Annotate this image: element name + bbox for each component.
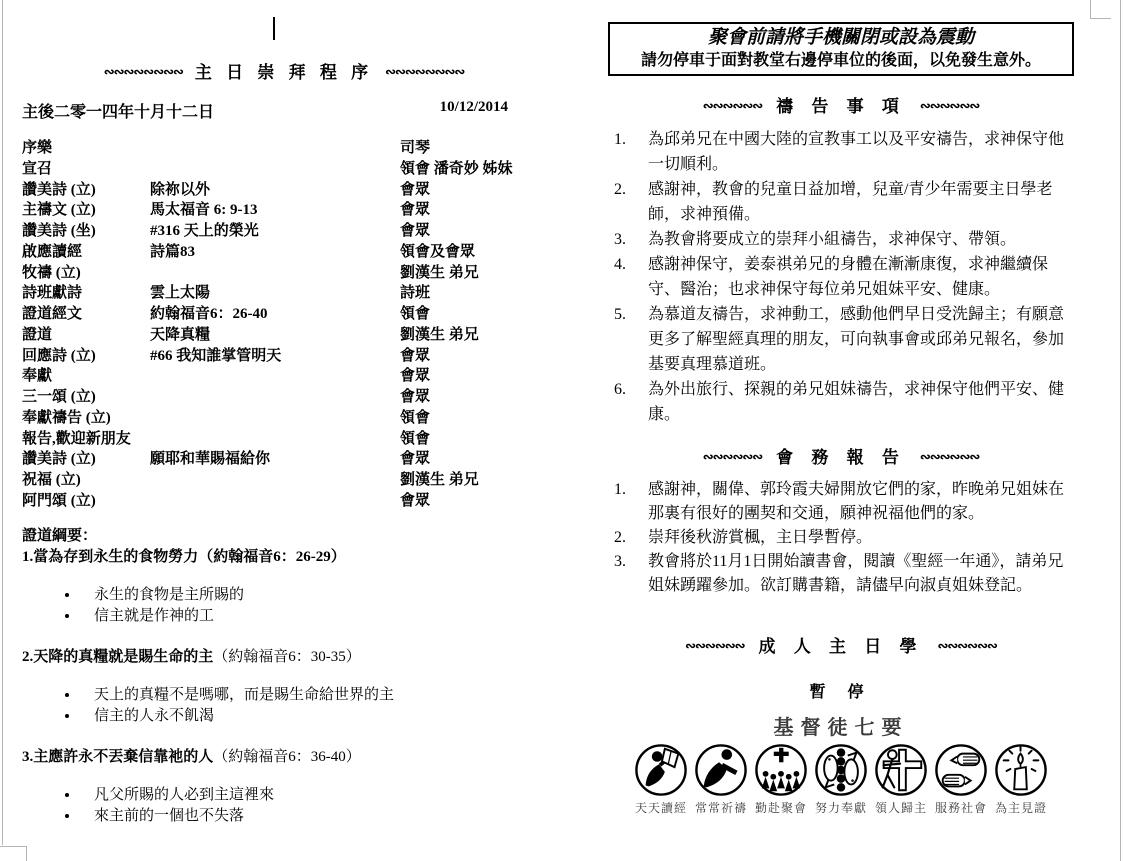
order-role: 領會	[400, 429, 546, 450]
order-role: 領會 潘奇妙 姊妹	[400, 159, 546, 180]
essential-label: 努力奉獻	[813, 799, 870, 816]
order-detail: #66 我知誰掌管明天	[150, 346, 400, 367]
essential-label: 領人歸主	[873, 799, 930, 816]
page-edge-left	[2, 0, 3, 845]
order-role: 司琴	[400, 138, 546, 159]
order-row: 阿門頌 (立)會眾	[22, 491, 546, 512]
order-detail	[150, 470, 400, 491]
scripture-ref: （約翰福音6：36-40）	[213, 749, 361, 765]
order-detail: 馬太福音 6: 9-13	[150, 200, 400, 221]
essential-label: 常常祈禱	[693, 799, 750, 816]
order-detail: #316 天上的榮光	[150, 221, 400, 242]
order-role: 會眾	[400, 366, 546, 387]
order-role: 劉漢生 弟兄	[400, 263, 546, 284]
service-icon	[934, 743, 988, 797]
order-item: 讚美詩 (坐)	[22, 221, 150, 242]
order-row: 回應詩 (立)#66 我知誰掌管明天會眾	[22, 346, 546, 367]
order-role: 會眾	[400, 221, 546, 242]
order-item: 詩班獻詩	[22, 283, 150, 304]
order-row: 奉獻會眾	[22, 366, 546, 387]
text-boundary-mark-top-right-h	[1090, 18, 1111, 19]
notice-phones: 聚會前請將手機關閉或設為震動	[614, 26, 1068, 50]
prayer-item: 為外出旅行、探親的弟兄姐妹禱告，求神保守他們平安、健康。	[608, 377, 1074, 427]
essential-item: 為主見證	[993, 743, 1050, 816]
outline-section-title: 1.當為存到永生的食物勞力（約翰福音6：26-29）	[22, 547, 546, 568]
order-role: 詩班	[400, 283, 546, 304]
adult-school-status: 暫 停	[608, 679, 1074, 702]
report-item: 教會將於11月1日開始讀書會，閱讀《聖經一年通》，請弟兄姐妹踴躍參加。欲訂購書籍…	[608, 550, 1074, 598]
order-row: 宣召領會 潘奇妙 姊妹	[22, 159, 546, 180]
essential-label: 為主見證	[993, 799, 1050, 816]
report-item: 崇拜後秋游賞楓，主日學暫停。	[608, 526, 1074, 550]
order-item: 證道	[22, 325, 150, 346]
page-edge-right	[1120, 0, 1121, 861]
notice-box: 聚會前請將手機關閉或設為震動 請勿停車于面對教堂右邊停車位的後面，以免發生意外。	[608, 22, 1074, 76]
report-items-list: 感謝神，關偉、郭玲霞夫婦開放它們的家，昨晚弟兄姐妹在那裏有很好的團契和交通，願神…	[608, 478, 1074, 598]
outline-title-text: 1.當為存到永生的食物勞力	[22, 549, 198, 565]
ornament-right: ∾∾∾∾∾∾	[920, 98, 979, 113]
order-item: 三一頌 (立)	[22, 387, 150, 408]
report-section-title: 會 務 報 告	[776, 448, 906, 467]
essential-label: 天天讀經	[633, 799, 690, 816]
reading-icon	[634, 743, 688, 797]
order-item: 回應詩 (立)	[22, 346, 150, 367]
order-row: 詩班獻詩雲上太陽詩班	[22, 283, 546, 304]
order-row: 報告,歡迎新朋友領會	[22, 429, 546, 450]
prayer-item: 感謝神，教會的兒童日益加增，兒童/青少年需要主日學老師，求神預備。	[608, 177, 1074, 227]
order-detail	[150, 429, 400, 450]
sermon-outline: 證道綱要： 1.當為存到永生的食物勞力（約翰福音6：26-29） 永生的食物是主…	[22, 526, 546, 827]
order-item: 序樂	[22, 138, 150, 159]
announcements-column: 聚會前請將手機關閉或設為震動 請勿停車于面對教堂右邊停車位的後面，以免發生意外。…	[608, 0, 1074, 816]
order-role: 劉漢生 弟兄	[400, 325, 546, 346]
outline-title-text: 2.天降的真糧就是賜生命的主	[22, 649, 213, 665]
text-boundary-mark-top-right	[1090, 0, 1091, 18]
scripture-ref: （約翰福音6：30-35）	[213, 649, 361, 665]
order-row: 讚美詩 (立)除祢以外會眾	[22, 180, 546, 201]
essential-item: 常常祈禱	[693, 743, 750, 816]
seven-essentials-icons: 天天讀經 常常祈禱	[608, 743, 1074, 816]
worship-program-column: ∾∾∾∾∾∾∾∾ 主 日 崇 拜 程 序 ∾∾∾∾∾∾∾∾ 主後二零一四年十月十…	[22, 58, 546, 847]
order-item: 主禱文 (立)	[22, 200, 150, 221]
order-role: 劉漢生 弟兄	[400, 470, 546, 491]
order-role: 會眾	[400, 491, 546, 512]
text-cursor	[273, 17, 275, 40]
outline-section-title: 3.主應許永不丟棄信靠祂的人（約翰福音6：36-40）	[22, 747, 546, 768]
essential-item: 勤赴聚會	[753, 743, 810, 816]
date-row: 主後二零一四年十月十二日 10/12/2014	[22, 99, 546, 122]
order-role: 會眾	[400, 200, 546, 221]
order-detail: 雲上太陽	[150, 283, 400, 304]
order-role: 會眾	[400, 387, 546, 408]
report-section-header: ∾∾∾∾∾∾ 會 務 報 告 ∾∾∾∾∾∾	[608, 443, 1074, 468]
order-detail: 願耶和華賜福給你	[150, 449, 400, 470]
essential-item: 領人歸主	[873, 743, 930, 816]
ornament-left: ∾∾∾∾∾∾	[685, 638, 744, 653]
order-row: 三一頌 (立)會眾	[22, 387, 546, 408]
gathering-icon	[754, 743, 808, 797]
order-row: 讚美詩 (坐)#316 天上的榮光會眾	[22, 221, 546, 242]
praying-icon	[694, 743, 748, 797]
order-detail: 除祢以外	[150, 180, 400, 201]
essential-item: 天天讀經	[633, 743, 690, 816]
order-row: 牧禱 (立)劉漢生 弟兄	[22, 263, 546, 284]
prayer-items-list: 為邱弟兄在中國大陸的宣教事工以及平安禱告，求神保守他一切順利。 感謝神，教會的兒…	[608, 127, 1074, 427]
order-item: 報告,歡迎新朋友	[22, 429, 150, 450]
seven-essentials-title: 基督徒七要	[608, 716, 1074, 740]
order-role: 領會及會眾	[400, 242, 546, 263]
order-role: 領會	[400, 408, 546, 429]
order-item: 讚美詩 (立)	[22, 449, 150, 470]
order-row: 奉獻禱告 (立)領會	[22, 408, 546, 429]
order-detail	[150, 366, 400, 387]
witness-icon	[994, 743, 1048, 797]
order-detail	[150, 159, 400, 180]
order-detail	[150, 263, 400, 284]
order-detail	[150, 491, 400, 512]
order-item: 阿門頌 (立)	[22, 491, 150, 512]
order-item: 奉獻禱告 (立)	[22, 408, 150, 429]
outline-title-text: 3.主應許永不丟棄信靠祂的人	[22, 749, 213, 765]
order-row: 序樂司琴	[22, 138, 546, 159]
essential-label: 勤赴聚會	[753, 799, 810, 816]
ornament-right: ∾∾∾∾∾∾∾∾	[385, 64, 464, 79]
outline-bullet: 信主的人永不飢渴	[80, 706, 546, 727]
order-item: 啟應讀經	[22, 242, 150, 263]
essential-item: 服務社會	[933, 743, 990, 816]
order-item: 牧禱 (立)	[22, 263, 150, 284]
outline-section-2: 2.天降的真糧就是賜生命的主（約翰福音6：30-35） 天上的真糧不是嗎哪，而是…	[22, 647, 546, 727]
outline-bullet: 凡父所賜的人必到主這裡來	[80, 785, 546, 806]
prayer-item: 為慕道友禱告，求神動工，感動他們早日受洗歸主；有願意更多了解聖經真理的朋友，可向…	[608, 302, 1074, 377]
order-row: 讚美詩 (立)願耶和華賜福給你會眾	[22, 449, 546, 470]
order-item: 奉獻	[22, 366, 150, 387]
outline-bullet: 信主就是作神的工	[80, 606, 546, 627]
order-detail	[150, 408, 400, 429]
essential-item: 努力奉獻	[813, 743, 870, 816]
scripture-ref: （約翰福音6：26-29）	[198, 549, 346, 565]
outline-section-title: 2.天降的真糧就是賜生命的主（約翰福音6：30-35）	[22, 647, 546, 668]
text-boundary-mark-bottom-left	[0, 846, 27, 861]
bulletin-page: ∾∾∾∾∾∾∾∾ 主 日 崇 拜 程 序 ∾∾∾∾∾∾∾∾ 主後二零一四年十月十…	[0, 0, 1123, 861]
order-detail: 約翰福音6：26-40	[150, 304, 400, 325]
prayer-item: 為教會將要成立的崇拜小組禱告，求神保守、帶領。	[608, 227, 1074, 252]
order-role: 會眾	[400, 346, 546, 367]
order-detail	[150, 387, 400, 408]
order-role: 會眾	[400, 180, 546, 201]
ornament-left: ∾∾∾∾∾∾∾∾	[104, 64, 183, 79]
ornament-right: ∾∾∾∾∾∾	[938, 638, 997, 653]
notice-parking: 請勿停車于面對教堂右邊停車位的後面，以免發生意外。	[614, 50, 1068, 71]
date-numeric: 10/12/2014	[440, 99, 508, 122]
report-item: 感謝神，關偉、郭玲霞夫婦開放它們的家，昨晚弟兄姐妹在那裏有很好的團契和交通，願神…	[608, 478, 1074, 526]
ornament-left: ∾∾∾∾∾∾	[703, 449, 762, 464]
date-chinese: 主後二零一四年十月十二日	[22, 99, 214, 122]
prayer-section-header: ∾∾∾∾∾∾ 禱 告 事 項 ∾∾∾∾∾∾	[608, 92, 1074, 117]
prayer-item: 為邱弟兄在中國大陸的宣教事工以及平安禱告，求神保守他一切順利。	[608, 127, 1074, 177]
order-role: 領會	[400, 304, 546, 325]
seven-essentials: 基督徒七要 天天讀經	[608, 716, 1074, 816]
outline-bullet: 天上的真糧不是嗎哪，而是賜生命給世界的主	[80, 685, 546, 706]
order-item: 祝福 (立)	[22, 470, 150, 491]
adult-school-header: ∾∾∾∾∾∾ 成 人 主 日 學 ∾∾∾∾∾∾	[608, 632, 1074, 657]
evangelism-icon	[874, 743, 928, 797]
order-item: 讚美詩 (立)	[22, 180, 150, 201]
worship-order-list: 序樂司琴 宣召領會 潘奇妙 姊妹 讚美詩 (立)除祢以外會眾 主禱文 (立)馬太…	[22, 138, 546, 512]
order-item: 證道經文	[22, 304, 150, 325]
order-detail: 天降真糧	[150, 325, 400, 346]
order-row: 祝福 (立)劉漢生 弟兄	[22, 470, 546, 491]
order-role: 會眾	[400, 449, 546, 470]
ornament-right: ∾∾∾∾∾∾	[920, 449, 979, 464]
order-item: 宣召	[22, 159, 150, 180]
order-detail	[150, 138, 400, 159]
outline-section-3: 3.主應許永不丟棄信靠祂的人（約翰福音6：36-40） 凡父所賜的人必到主這裡來…	[22, 747, 546, 827]
outline-bullet: 永生的食物是主所賜的	[80, 585, 546, 606]
prayer-item: 感謝神保守，姜泰祺弟兄的身體在漸漸康復，求神繼續保守、醫治；也求神保守每位弟兄姐…	[608, 252, 1074, 302]
order-row: 證道天降真糧劉漢生 弟兄	[22, 325, 546, 346]
adult-school-title: 成 人 主 日 學	[759, 637, 924, 656]
ornament-left: ∾∾∾∾∾∾	[703, 98, 762, 113]
program-title-row: ∾∾∾∾∾∾∾∾ 主 日 崇 拜 程 序 ∾∾∾∾∾∾∾∾	[22, 58, 546, 83]
outline-section-1: 1.當為存到永生的食物勞力（約翰福音6：26-29） 永生的食物是主所賜的 信主…	[22, 547, 546, 627]
order-row: 證道經文約翰福音6：26-40領會	[22, 304, 546, 325]
order-row: 啟應讀經詩篇83領會及會眾	[22, 242, 546, 263]
order-detail: 詩篇83	[150, 242, 400, 263]
essential-label: 服務社會	[933, 799, 990, 816]
order-row: 主禱文 (立)馬太福音 6: 9-13會眾	[22, 200, 546, 221]
program-title: 主 日 崇 拜 程 序	[195, 63, 373, 82]
outline-bullet: 來主前的一個也不失落	[80, 806, 546, 827]
sermon-outline-heading: 證道綱要：	[22, 526, 546, 547]
offering-icon	[814, 743, 868, 797]
prayer-section-title: 禱 告 事 項	[776, 97, 906, 116]
